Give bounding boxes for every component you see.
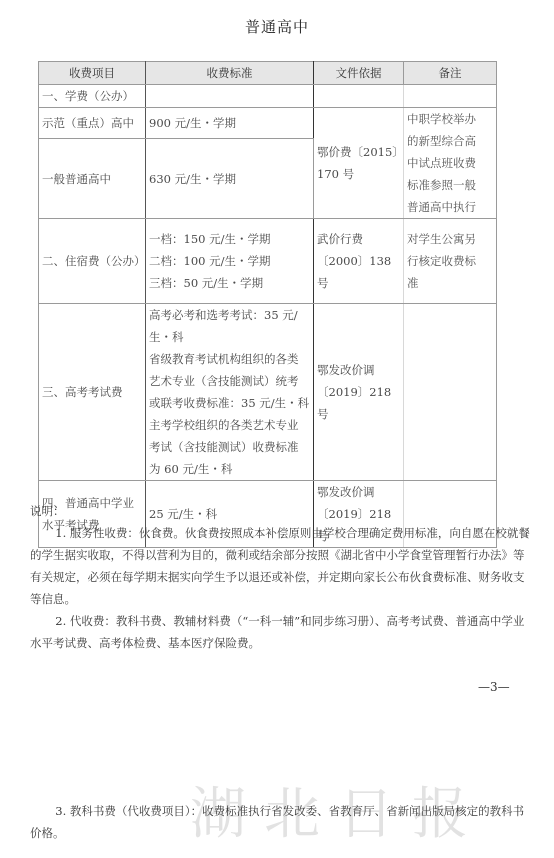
document-basis: 武价行费 〔2000〕138 号 — [314, 219, 404, 304]
header-fee-item: 收费项目 — [39, 62, 146, 85]
fee-standard: 630 元/生・学期 — [146, 139, 314, 219]
fee-standard: 一档：150 元/生・学期 二档：100 元/生・学期 三档：50 元/生・学期 — [146, 219, 314, 304]
table-header-row: 收费项目 收费标准 文件依据 备注 — [39, 62, 497, 85]
note-item-2: 2. 代收费：教科书费、教辅材料费（“一科一辅”和同步练习册）、高考考试费、普通… — [30, 610, 530, 654]
remarks: 对学生公寓另 行核定收费标 准 — [404, 219, 497, 304]
notes-continued: 3. 教科书费（代收费项目）：收费标准执行省发改委、省教育厅、省新闻出版局核定的… — [30, 800, 530, 844]
document-basis — [314, 85, 404, 108]
notes-heading: 说明： — [30, 500, 530, 522]
table-row: 三、高考考试费 高考必考和选考考试：35 元/ 生・科 省级教育考试机构组织的各… — [39, 304, 497, 481]
document-basis: 鄂发改价调 〔2019〕218 号 — [314, 304, 404, 481]
fee-item: 二、住宿费（公办） — [39, 219, 146, 304]
fee-item: 示范（重点）高中 — [39, 108, 146, 139]
note-item-3: 3. 教科书费（代收费项目）：收费标准执行省发改委、省教育厅、省新闻出版局核定的… — [30, 800, 530, 844]
fee-item: 一般普通高中 — [39, 139, 146, 219]
header-remarks: 备注 — [404, 62, 497, 85]
fee-table: 收费项目 收费标准 文件依据 备注 一、学费（公办） 示范（重点）高中 900 … — [38, 61, 497, 548]
remarks: 中职学校举办 的新型综合高 中试点班收费 标准参照一般 普通高中执行 — [404, 108, 497, 219]
header-document-basis: 文件依据 — [314, 62, 404, 85]
table-row: 示范（重点）高中 900 元/生・学期 鄂价费〔2015〕 170 号 中职学校… — [39, 108, 497, 139]
document-basis: 鄂价费〔2015〕 170 号 — [314, 108, 404, 219]
header-fee-standard: 收费标准 — [146, 62, 314, 85]
remarks — [404, 85, 497, 108]
page-number: —3— — [478, 680, 510, 694]
page-title: 普通高中 — [0, 16, 554, 37]
table-row: 二、住宿费（公办） 一档：150 元/生・学期 二档：100 元/生・学期 三档… — [39, 219, 497, 304]
notes-section: 说明： 1. 服务性收费：伙食费。伙食费按照成本补偿原则由学校合理确定费用标准，… — [30, 500, 530, 654]
fee-item: 三、高考考试费 — [39, 304, 146, 481]
fee-standard: 高考必考和选考考试：35 元/ 生・科 省级教育考试机构组织的各类 艺术专业（含… — [146, 304, 314, 481]
note-item-1: 1. 服务性收费：伙食费。伙食费按照成本补偿原则由学校合理确定费用标准，向自愿在… — [30, 522, 530, 610]
remarks — [404, 304, 497, 481]
fee-standard — [146, 85, 314, 108]
table-row: 一、学费（公办） — [39, 85, 497, 108]
fee-item: 一、学费（公办） — [39, 85, 146, 108]
fee-standard: 900 元/生・学期 — [146, 108, 314, 139]
